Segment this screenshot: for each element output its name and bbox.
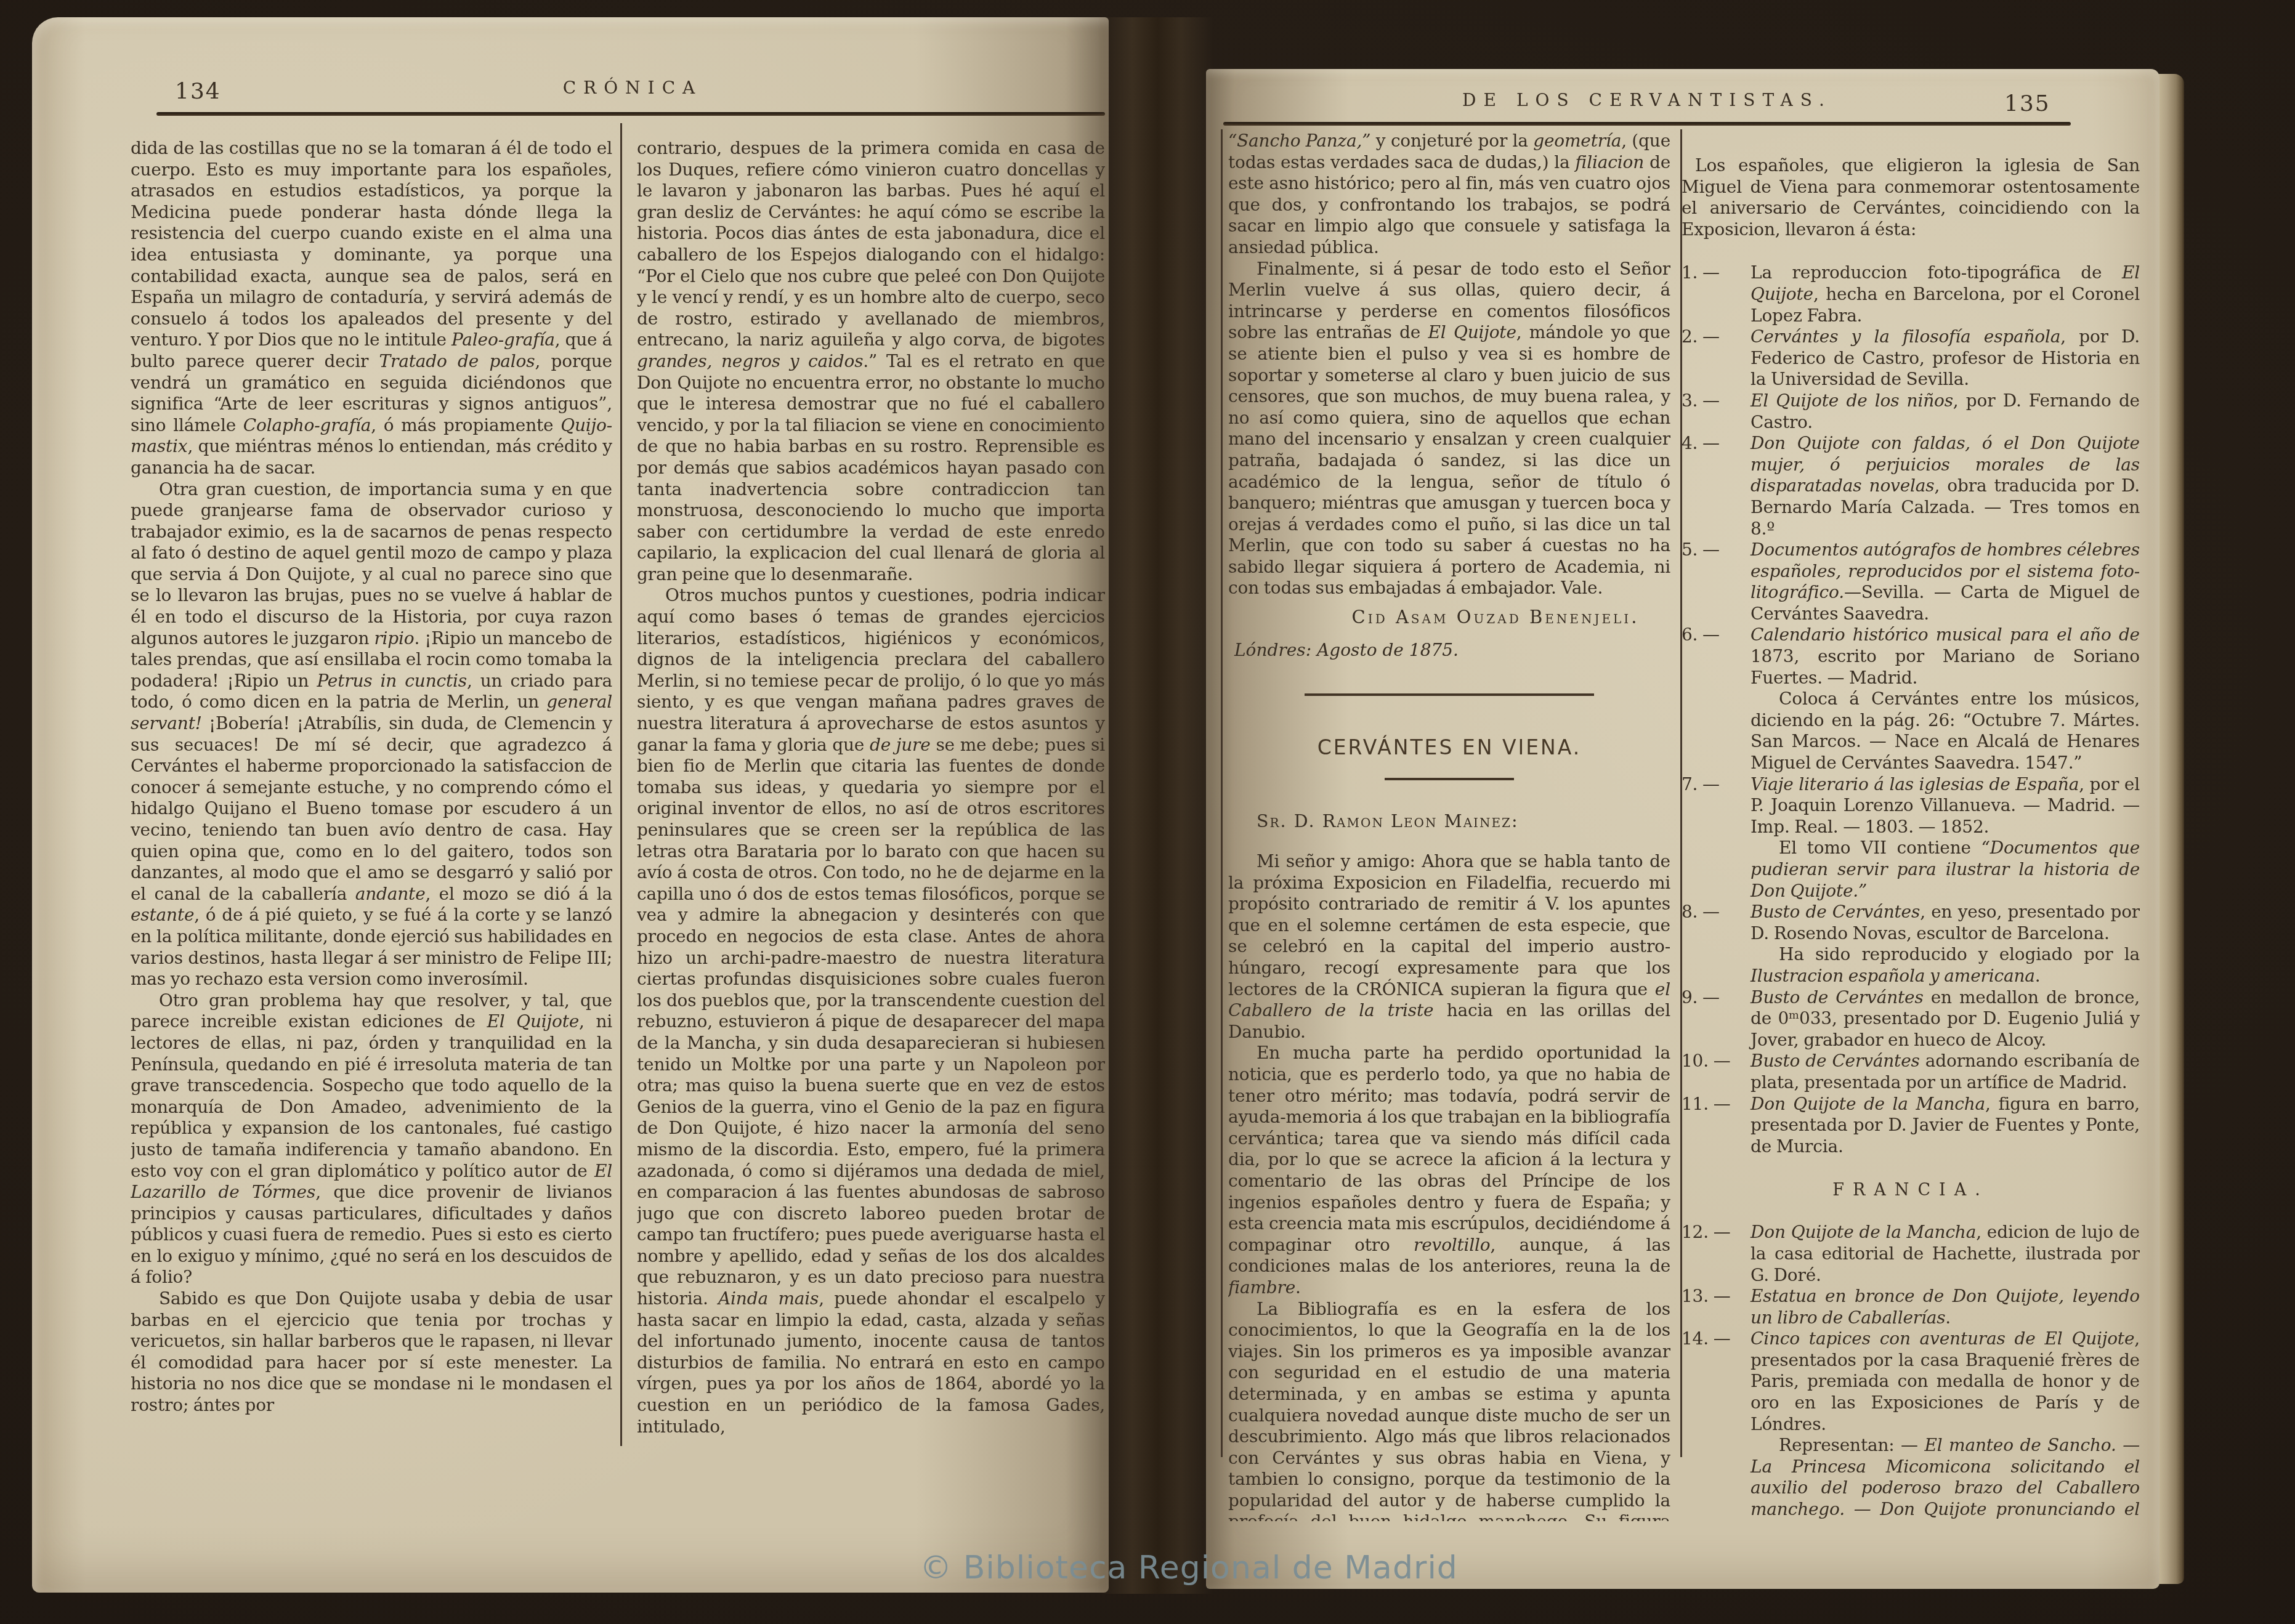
article-end: “Sancho Panza,” y conjeturé por la geome… bbox=[1228, 131, 1670, 599]
title-rule bbox=[1385, 778, 1514, 780]
list-item: 2. —Cervántes y la filosofía española, p… bbox=[1682, 326, 2140, 390]
letter-body: Mi señor y amigo: Ahora que se habla tan… bbox=[1228, 851, 1670, 1521]
header-rule-left bbox=[156, 112, 1105, 116]
header-rule-right bbox=[1223, 122, 2071, 126]
item-number: 8. — bbox=[1682, 902, 1720, 923]
item-text: Viaje literario á las iglesias de España… bbox=[1751, 774, 2140, 837]
list-item: 4. —Don Quijote con faldas, ó el Don Qui… bbox=[1682, 433, 2140, 539]
item-number: 1. — bbox=[1682, 262, 1720, 284]
paragraph: Sabido es que Don Quijote usaba y debia … bbox=[131, 1288, 612, 1416]
exhibition-list-francia: 12. —Don Quijote de la Mancha, edicion d… bbox=[1682, 1222, 2140, 1522]
item-number: 12. — bbox=[1682, 1222, 1730, 1243]
item-number: 7. — bbox=[1682, 774, 1720, 796]
item-text: Busto de Cervántes en medallon de bronce… bbox=[1751, 987, 2140, 1050]
list-item: 12. —Don Quijote de la Mancha, edicion d… bbox=[1682, 1222, 2140, 1286]
item-text: Calendario histórico musical para el año… bbox=[1751, 624, 2140, 687]
page-134: 134 CRÓNICA dida de las costillas que no… bbox=[32, 17, 1109, 1593]
item-number: 2. — bbox=[1682, 326, 1720, 348]
item-note: Coloca á Cervántes entre los músicos, di… bbox=[1751, 689, 2140, 774]
page-135: DE LOS CERVANTISTAS. 135 “Sancho Panza,”… bbox=[1206, 69, 2159, 1589]
paragraph: Otros muchos puntos y cuestiones, podria… bbox=[637, 585, 1105, 1437]
item-text: Busto de Cervántes adornando escribanía … bbox=[1751, 1051, 2140, 1093]
item-number: 4. — bbox=[1682, 433, 1720, 454]
running-header-right: DE LOS CERVANTISTAS. bbox=[1224, 90, 2070, 110]
column-divider-left bbox=[620, 123, 622, 1446]
list-item: 11. —Don Quijote de la Mancha, figura en… bbox=[1682, 1094, 2140, 1158]
item-note: El tomo VII contiene “Documentos que pud… bbox=[1751, 838, 2140, 902]
signature: Cid Asam Ouzad Benenjeli. bbox=[1228, 607, 1670, 628]
item-number: 11. — bbox=[1682, 1094, 1730, 1115]
column-135-2: Los españoles, que eligieron la iglesia … bbox=[1682, 155, 2140, 1522]
list-item: 3. —El Quijote de los niños, por D. Fern… bbox=[1682, 390, 2140, 433]
item-text: Cervántes y la filosofía española, por D… bbox=[1751, 326, 2140, 389]
item-text: Don Quijote con faldas, ó el Don Quijote… bbox=[1751, 433, 2140, 538]
list-item: 13. —Estatua en bronce de Don Quijote, l… bbox=[1682, 1286, 2140, 1328]
salutation: Sr. D. Ramon Leon Mainez: bbox=[1257, 811, 1670, 831]
list-intro: Los españoles, que eligieron la iglesia … bbox=[1682, 155, 2140, 240]
item-number: 13. — bbox=[1682, 1286, 1730, 1307]
paragraph: dida de las costillas que no se la tomar… bbox=[131, 138, 612, 479]
item-number: 6. — bbox=[1682, 624, 1720, 646]
paragraph: contrario, despues de la primera comida … bbox=[637, 138, 1105, 585]
paragraph: Mi señor y amigo: Ahora que se habla tan… bbox=[1228, 851, 1670, 1043]
paragraph: “Sancho Panza,” y conjeturé por la geome… bbox=[1228, 131, 1670, 259]
list-item: 14. —Cinco tapices con aventuras de El Q… bbox=[1682, 1328, 2140, 1522]
dateline: Lóndres: Agosto de 1875. bbox=[1234, 640, 1670, 660]
margin-rule-right-page bbox=[1221, 129, 1223, 1457]
library-watermark: © Biblioteca Regional de Madrid bbox=[856, 1549, 1521, 1586]
section-heading-francia: FRANCIA. bbox=[1682, 1181, 2140, 1200]
item-number: 5. — bbox=[1682, 539, 1720, 561]
item-text: Cinco tapices con aventuras de El Quijot… bbox=[1751, 1328, 2140, 1434]
paragraph: Otro gran problema hay que resolver, y t… bbox=[131, 990, 612, 1288]
item-text: Documentos autógrafos de hombres célebre… bbox=[1751, 539, 2140, 624]
item-text: La reproduccion foto-tipográfica de El Q… bbox=[1751, 262, 2140, 325]
list-item: 1. —La reproduccion foto-tipográfica de … bbox=[1682, 262, 2140, 326]
list-item: 8. —Busto de Cervántes, en yeso, present… bbox=[1682, 902, 2140, 987]
item-text: El Quijote de los niños, por D. Fernando… bbox=[1751, 390, 2140, 432]
item-note: Representan: — El manteo de Sancho. — La… bbox=[1751, 1435, 2140, 1522]
list-item: 6. —Calendario histórico musical para el… bbox=[1682, 624, 2140, 774]
list-item: 7. —Viaje literario á las iglesias de Es… bbox=[1682, 774, 2140, 902]
paragraph: En mucha parte ha perdido oportunidad la… bbox=[1228, 1043, 1670, 1298]
list-item: 5. —Documentos autógrafos de hombres cél… bbox=[1682, 539, 2140, 624]
paragraph: Otra gran cuestion, de importancia suma … bbox=[131, 479, 612, 990]
book-photo: { "colors": { "paper": "#cfc4aa", "ink":… bbox=[0, 0, 2295, 1624]
page-fore-edge bbox=[2157, 74, 2184, 1584]
item-text: Don Quijote de la Mancha, edicion de luj… bbox=[1751, 1222, 2140, 1285]
page-number-right: 135 bbox=[2004, 91, 2050, 116]
article-title: CERVÁNTES EN VIENA. bbox=[1228, 735, 1670, 759]
column-135-1: “Sancho Panza,” y conjeturé por la geome… bbox=[1228, 131, 1670, 1521]
list-item: 10. —Busto de Cervántes adornando escrib… bbox=[1682, 1051, 2140, 1093]
list-item: 9. —Busto de Cervántes en medallon de br… bbox=[1682, 987, 2140, 1051]
paragraph: Finalmente, si á pesar de todo esto el S… bbox=[1228, 259, 1670, 600]
item-number: 10. — bbox=[1682, 1051, 1730, 1072]
running-header-left: CRÓNICA bbox=[131, 78, 1135, 98]
item-text: Estatua en bronce de Don Quijote, leyend… bbox=[1751, 1286, 2140, 1328]
column-134-2: contrario, despues de la primera comida … bbox=[637, 138, 1105, 1452]
item-number: 9. — bbox=[1682, 987, 1720, 1009]
column-134-1: dida de las costillas que no se la tomar… bbox=[131, 138, 612, 1452]
item-number: 14. — bbox=[1682, 1328, 1730, 1350]
section-separator-rule bbox=[1305, 693, 1594, 696]
item-number: 3. — bbox=[1682, 390, 1720, 412]
book-gutter bbox=[1098, 17, 1213, 1594]
item-text: Don Quijote de la Mancha, figura en barr… bbox=[1751, 1094, 2140, 1157]
paragraph: La Bibliografía es en la esfera de los c… bbox=[1228, 1299, 1670, 1521]
item-text: Busto de Cervántes, en yeso, presentado … bbox=[1751, 902, 2140, 943]
exhibition-list: 1. —La reproduccion foto-tipográfica de … bbox=[1682, 262, 2140, 1157]
item-note: Ha sido reproducido y elogiado por la Il… bbox=[1751, 944, 2140, 987]
